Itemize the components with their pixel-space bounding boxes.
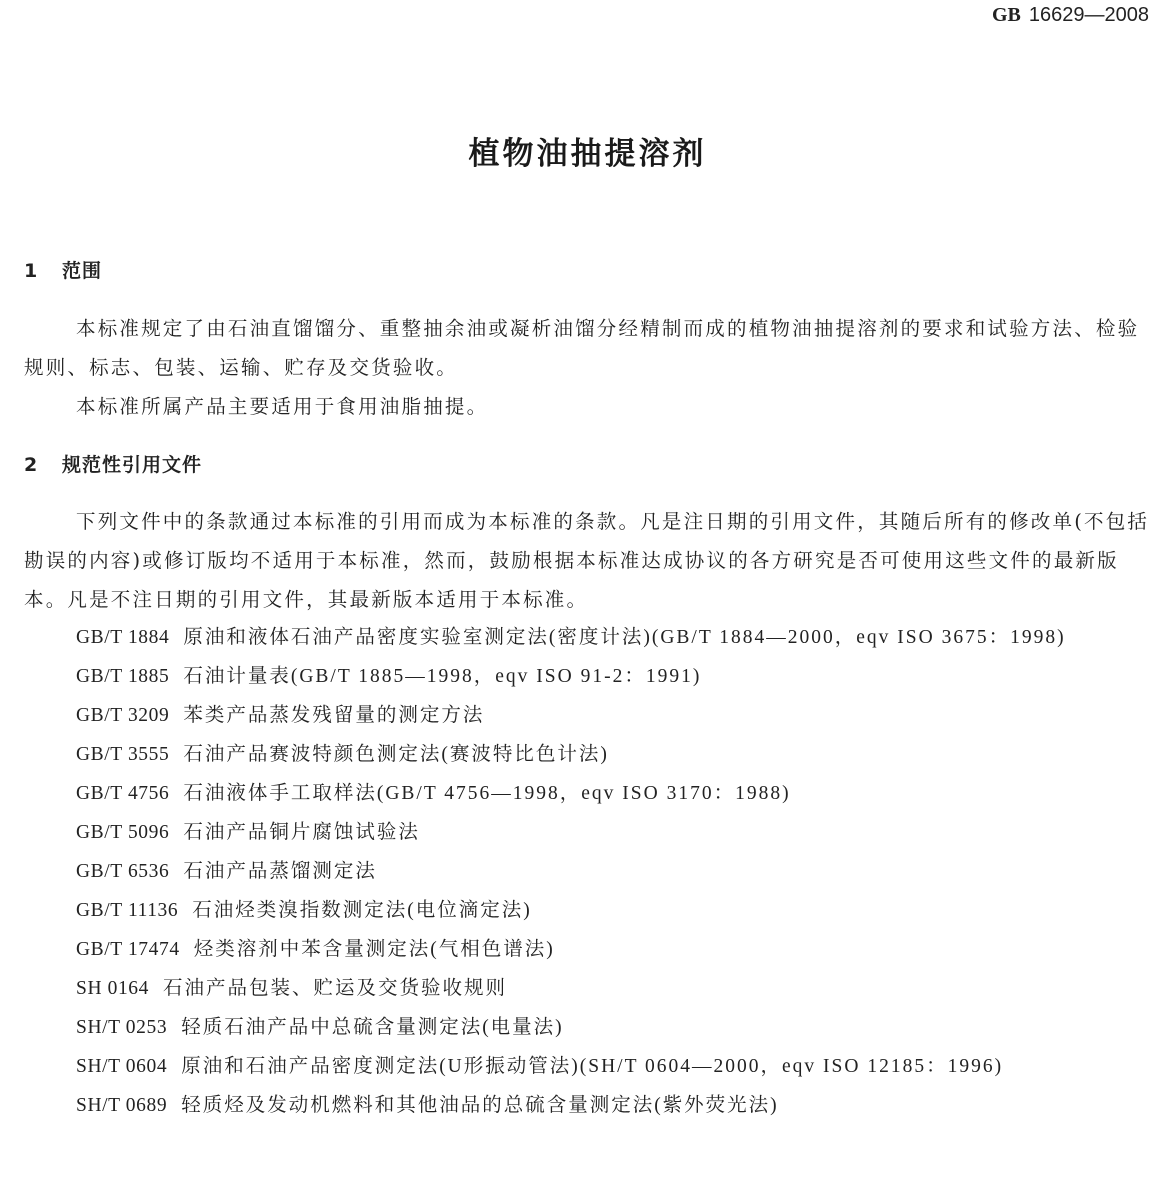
reference-code: SH 0164 xyxy=(76,969,149,1008)
reference-code: SH/T 0689 xyxy=(76,1086,167,1125)
reference-title: 石油计量表(GB/T 1885—1998，eqv ISO 91-2：1991) xyxy=(183,666,701,687)
reference-code: GB/T 3209 xyxy=(76,696,169,735)
reference-item: GB/T 17474烃类溶剂中苯含量测定法(气相色谱法) xyxy=(24,930,1159,969)
reference-code: SH/T 0604 xyxy=(76,1047,167,1086)
reference-item: GB/T 4756石油液体手工取样法(GB/T 4756—1998，eqv IS… xyxy=(24,774,1159,813)
reference-item: GB/T 1885石油计量表(GB/T 1885—1998，eqv ISO 91… xyxy=(24,657,1159,696)
section-title: 范围 xyxy=(62,260,102,282)
reference-code: SH/T 0253 xyxy=(76,1008,167,1047)
section-number: 1 xyxy=(24,260,62,282)
scope-paragraph-2: 本标准所属产品主要适用于食用油脂抽提。 xyxy=(24,387,1154,426)
standard-number: 16629—2008 xyxy=(1029,4,1149,26)
reference-code: GB/T 1885 xyxy=(76,657,169,696)
reference-item: GB/T 1884原油和液体石油产品密度实验室测定法(密度计法)(GB/T 18… xyxy=(24,618,1159,657)
reference-code: GB/T 1884 xyxy=(76,618,169,657)
scope-paragraph-1: 本标准规定了由石油直馏馏分、重整抽余油或凝析油馏分经精制而成的植物油抽提溶剂的要… xyxy=(24,309,1154,387)
reference-title: 石油产品赛波特颜色测定法(赛波特比色计法) xyxy=(183,744,609,765)
reference-title: 轻质石油产品中总硫含量测定法(电量法) xyxy=(181,1017,564,1038)
reference-item: SH/T 0604原油和石油产品密度测定法(U形振动管法)(SH/T 0604—… xyxy=(24,1047,1159,1086)
reference-item: SH/T 0689轻质烃及发动机燃料和其他油品的总硫含量测定法(紫外荧光法) xyxy=(24,1086,1159,1125)
section-title: 规范性引用文件 xyxy=(62,454,202,476)
reference-item: GB/T 11136石油烃类溴指数测定法(电位滴定法) xyxy=(24,891,1159,930)
standard-prefix: GB xyxy=(992,4,1021,26)
reference-title: 轻质烃及发动机燃料和其他油品的总硫含量测定法(紫外荧光法) xyxy=(181,1095,779,1116)
reference-code: GB/T 4756 xyxy=(76,774,169,813)
reference-title: 烃类溶剂中苯含量测定法(气相色谱法) xyxy=(194,939,555,960)
reference-title: 石油产品蒸馏测定法 xyxy=(183,861,377,882)
document-title: 植物油抽提溶剂 xyxy=(0,128,1175,173)
reference-item: SH/T 0253轻质石油产品中总硫含量测定法(电量法) xyxy=(24,1008,1159,1047)
reference-code: GB/T 17474 xyxy=(76,930,180,969)
reference-title: 石油烃类溴指数测定法(电位滴定法) xyxy=(192,900,532,921)
reference-title: 原油和液体石油产品密度实验室测定法(密度计法)(GB/T 1884—2000，e… xyxy=(183,627,1065,648)
reference-code: GB/T 5096 xyxy=(76,813,169,852)
reference-code: GB/T 6536 xyxy=(76,852,169,891)
reference-title: 苯类产品蒸发残留量的测定方法 xyxy=(183,705,484,726)
section-heading-normative-references: 2规范性引用文件 xyxy=(24,450,202,477)
reference-title: 石油产品包装、贮运及交货验收规则 xyxy=(163,978,507,999)
reference-title: 石油液体手工取样法(GB/T 4756—1998，eqv ISO 3170：19… xyxy=(183,783,790,804)
section-number: 2 xyxy=(24,454,62,476)
reference-code: GB/T 11136 xyxy=(76,891,178,930)
reference-title: 原油和石油产品密度测定法(U形振动管法)(SH/T 0604—2000，eqv … xyxy=(181,1056,1003,1077)
reference-list: GB/T 1884原油和液体石油产品密度实验室测定法(密度计法)(GB/T 18… xyxy=(24,618,1159,1125)
reference-item: GB/T 6536石油产品蒸馏测定法 xyxy=(24,852,1159,891)
reference-title: 石油产品铜片腐蚀试验法 xyxy=(183,822,420,843)
references-intro-paragraph: 下列文件中的条款通过本标准的引用而成为本标准的条款。凡是注日期的引用文件，其随后… xyxy=(24,502,1154,619)
reference-item: GB/T 3555石油产品赛波特颜色测定法(赛波特比色计法) xyxy=(24,735,1159,774)
standard-code: GB16629—2008 xyxy=(992,4,1149,27)
reference-code: GB/T 3555 xyxy=(76,735,169,774)
reference-item: SH 0164石油产品包装、贮运及交货验收规则 xyxy=(24,969,1159,1008)
reference-item: GB/T 3209苯类产品蒸发残留量的测定方法 xyxy=(24,696,1159,735)
reference-item: GB/T 5096石油产品铜片腐蚀试验法 xyxy=(24,813,1159,852)
section-heading-scope: 1 范围 xyxy=(24,256,102,283)
